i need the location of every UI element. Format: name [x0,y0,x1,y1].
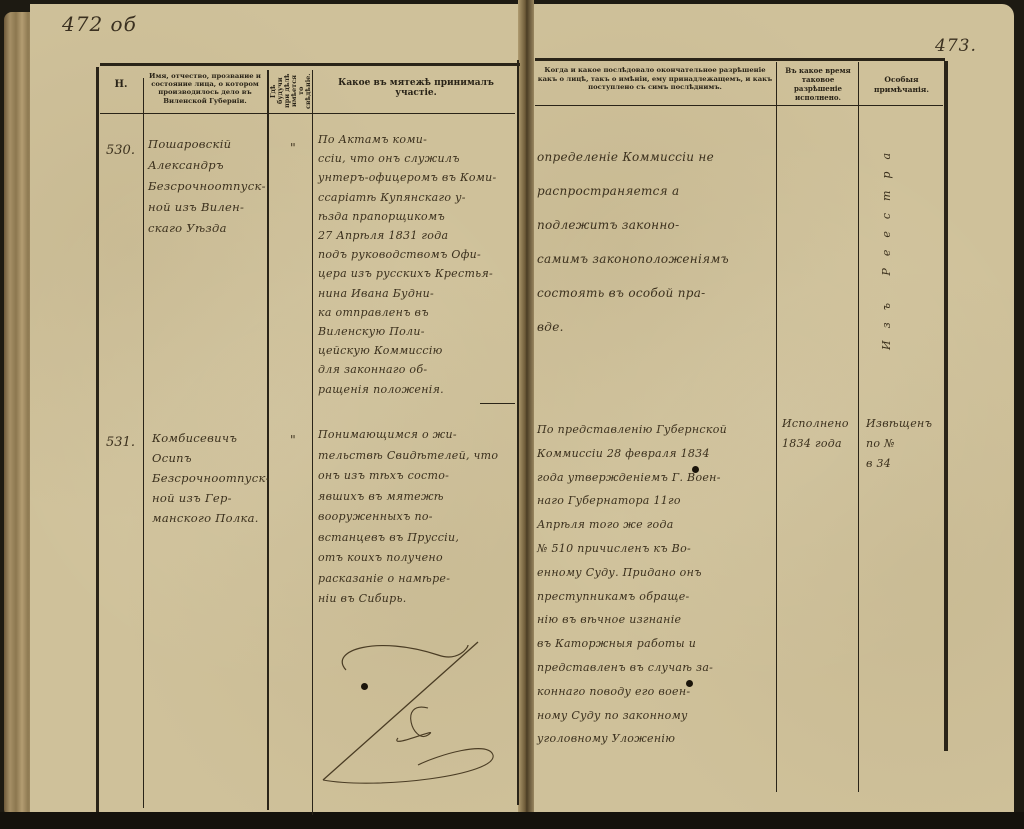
right-outer-border [944,61,948,751]
book-gutter [518,0,534,829]
col-divider-executed [858,62,859,792]
entry-530-role: По Актамъ коми- ссіи, что онъ служилъ ун… [318,130,516,399]
col-divider-where [312,70,313,815]
entry-530-where: " [290,136,296,160]
entry-530-notes: Изъ Реестра [880,130,898,350]
entry-531-executed: Исполнено 1834 года [782,414,856,454]
col-divider-resolution [776,62,777,792]
header-name: Имя, отчество, прозвание и состояние лиц… [145,72,265,105]
right-top-rule [535,58,945,61]
bottom-shadow [0,812,1024,829]
left-folio-number: 472 об [62,12,137,36]
col-divider-no [143,78,144,808]
entry-531-name: Комбисевичъ Осипъ Безсрочноотпуск- ной и… [152,428,266,528]
header-where: Гдѣ будучи при дѣлѣ имѣется то свѣдѣніе. [270,70,310,112]
header-resolution: Когда и какое послѣдовало окончательное … [535,66,775,92]
entry-531-number: 531. [106,435,135,450]
entry-separator [480,403,515,404]
entry-530-name: Пошаровскій Александръ Безсрочноотпуск- … [148,134,266,239]
ink-spot [692,466,699,473]
ink-spot [686,680,693,687]
header-executed: Въ какое время таковое разрѣшеніе исполн… [778,66,858,102]
entry-531-resolution: По представленію Губернской Коммиссіи 28… [537,418,775,751]
header-no: Н. [100,80,142,90]
left-outer-border [96,67,99,812]
entry-531-role: Понимающимся о жи- тельствѣ Свидѣтелей, … [318,425,516,610]
col-divider-name [267,70,269,810]
signature-flourish [318,630,518,790]
entry-530-number: 530. [106,143,135,158]
ink-spot [361,683,368,690]
entry-530-resolution: определеніе Коммиссіи не распространяетс… [537,140,775,344]
left-top-rule [100,63,520,66]
header-notes: Особыя примѣчанія. [860,75,943,94]
entry-531-where: " [290,428,296,452]
header-role: Какое въ мятежѣ принималъ участіе. [316,79,516,98]
entry-531-notes: Извѣщенъ по № в 34 [866,414,942,474]
left-header-underline [100,113,515,114]
right-folio-number: 473. [935,36,977,56]
right-header-underline [535,105,943,106]
book-spread: 472 об 473. Н. Имя, отчество, прозвание … [0,0,1024,829]
